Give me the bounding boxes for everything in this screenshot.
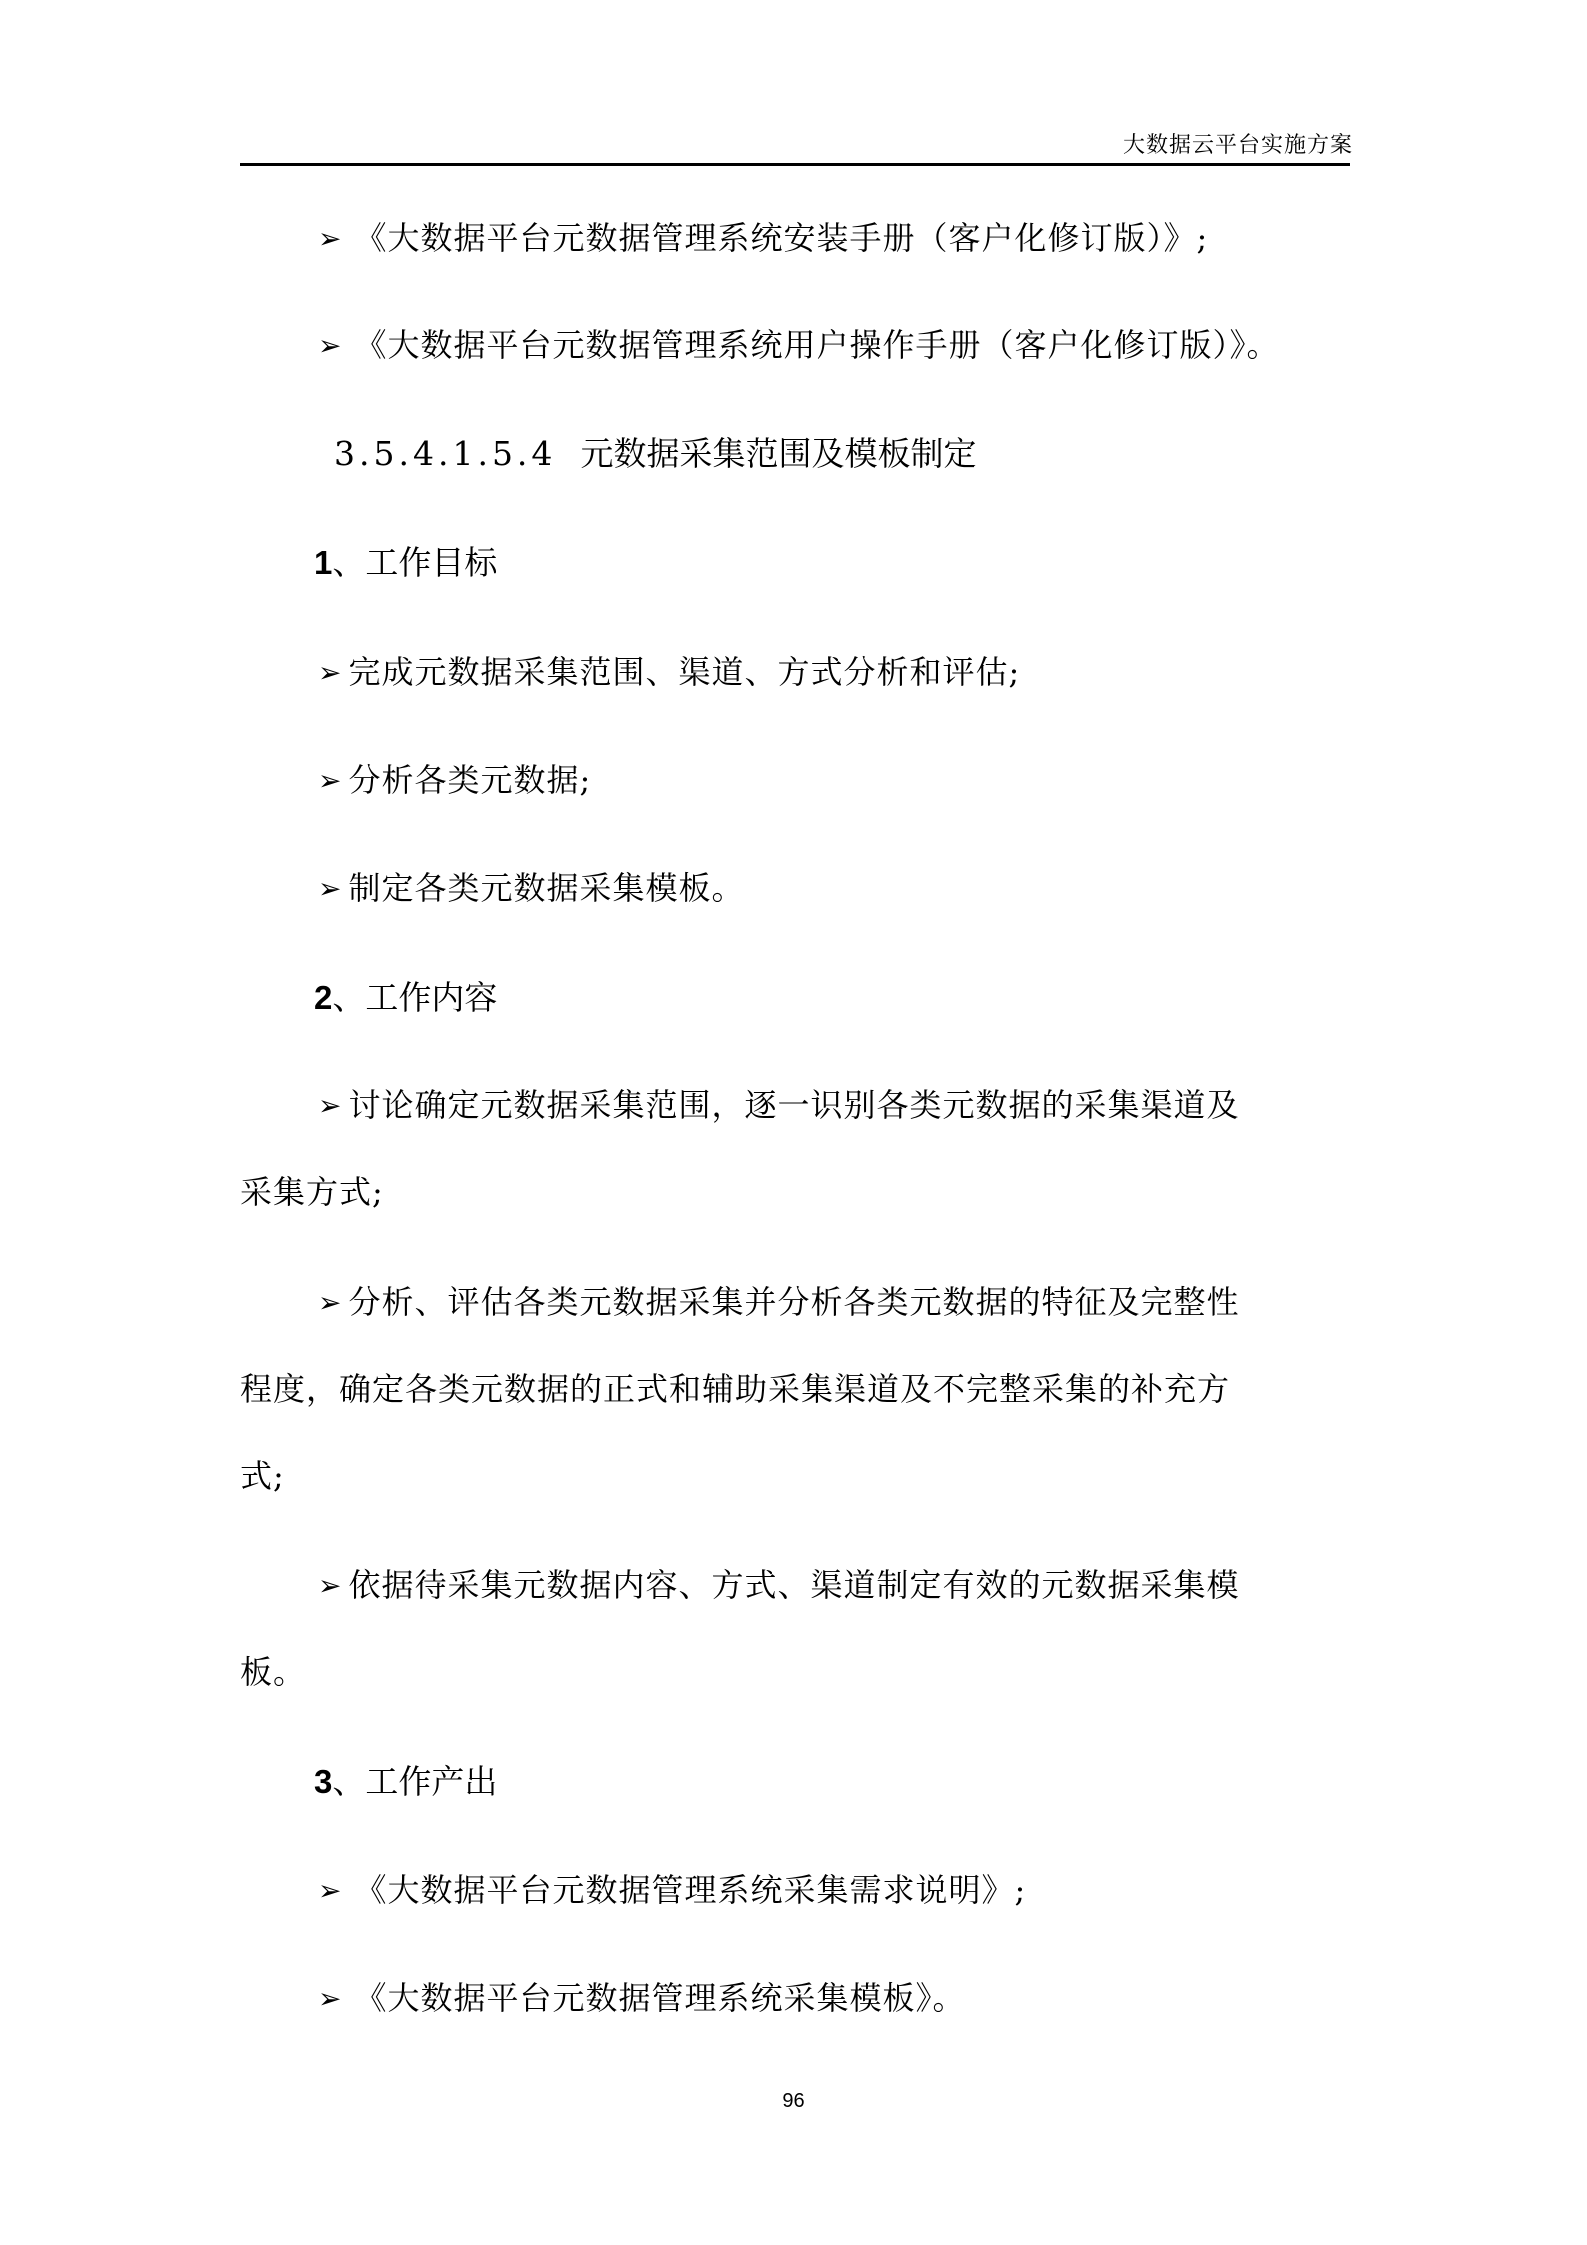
running-header-title: 大数据云平台实施方案 xyxy=(1123,128,1353,159)
subsection-number: 2 xyxy=(314,979,332,1016)
list-item: ➢制定各类元数据采集模板。 xyxy=(318,868,744,909)
arrow-bullet-icon: ➢ xyxy=(318,761,342,801)
paragraph-text: 讨论确定元数据采集范围，逐一识别各类元数据的采集渠道及 xyxy=(348,1086,1239,1124)
list-item-text: 《大数据平台元数据管理系统采集模板》。 xyxy=(354,1979,965,2017)
list-item-text: 完成元数据采集范围、渠道、方式分析和评估; xyxy=(348,653,1020,691)
separator: 、 xyxy=(332,978,365,1017)
subsection-title: 工作目标 xyxy=(365,543,497,582)
page-number: 96 xyxy=(0,2090,1587,2113)
list-item-text: 分析各类元数据; xyxy=(348,761,591,799)
arrow-bullet-icon: ➢ xyxy=(318,326,342,366)
paragraph-line: ➢讨论确定元数据采集范围，逐一识别各类元数据的采集渠道及 xyxy=(318,1085,1239,1126)
paragraph-line: 程度，确定各类元数据的正式和辅助采集渠道及不完整采集的补充方 xyxy=(240,1369,1230,1409)
paragraph-text: 采集方式; xyxy=(240,1173,384,1211)
paragraph-text: 依据待采集元数据内容、方式、渠道制定有效的元数据采集模 xyxy=(348,1566,1239,1604)
subsection-heading: 1、工作目标 xyxy=(314,543,497,583)
list-item: ➢分析各类元数据; xyxy=(318,760,591,801)
paragraph-line: ➢依据待采集元数据内容、方式、渠道制定有效的元数据采集模 xyxy=(318,1565,1239,1606)
subsection-heading: 3、工作产出 xyxy=(314,1762,497,1802)
paragraph-line: ➢分析、评估各类元数据采集并分析各类元数据的特征及完整性 xyxy=(318,1282,1239,1323)
paragraph-text: 分析、评估各类元数据采集并分析各类元数据的特征及完整性 xyxy=(348,1283,1239,1321)
list-item: ➢《大数据平台元数据管理系统采集需求说明》; xyxy=(318,1870,1026,1911)
arrow-bullet-icon: ➢ xyxy=(318,1283,342,1323)
arrow-bullet-icon: ➢ xyxy=(318,653,342,693)
subsection-title: 工作内容 xyxy=(365,978,497,1017)
arrow-bullet-icon: ➢ xyxy=(318,1979,342,2019)
section-number: 3.5.4.1.5.4 xyxy=(334,434,556,473)
arrow-bullet-icon: ➢ xyxy=(318,219,342,259)
section-heading: 3.5.4.1.5.4元数据采集范围及模板制定 xyxy=(334,434,976,474)
subsection-title: 工作产出 xyxy=(365,1762,497,1801)
list-item: ➢《大数据平台元数据管理系统安装手册（客户化修订版）》; xyxy=(318,218,1208,259)
paragraph-text: 板。 xyxy=(240,1653,306,1691)
list-item: ➢《大数据平台元数据管理系统采集模板》。 xyxy=(318,1978,965,2019)
arrow-bullet-icon: ➢ xyxy=(318,1086,342,1126)
paragraph-line: 采集方式; xyxy=(240,1172,384,1212)
arrow-bullet-icon: ➢ xyxy=(318,1871,342,1911)
paragraph-text: 式; xyxy=(240,1457,285,1495)
paragraph-text: 程度，确定各类元数据的正式和辅助采集渠道及不完整采集的补充方 xyxy=(240,1370,1230,1408)
list-item: ➢《大数据平台元数据管理系统用户操作手册（客户化修订版）》。 xyxy=(318,325,1279,366)
list-item: ➢完成元数据采集范围、渠道、方式分析和评估; xyxy=(318,652,1020,693)
separator: 、 xyxy=(332,1762,365,1801)
separator: 、 xyxy=(332,543,365,582)
subsection-number: 3 xyxy=(314,1763,332,1800)
subsection-heading: 2、工作内容 xyxy=(314,978,497,1018)
paragraph-line: 式; xyxy=(240,1456,285,1496)
header-divider xyxy=(240,163,1350,166)
section-title: 元数据采集范围及模板制定 xyxy=(580,434,976,473)
list-item-text: 《大数据平台元数据管理系统安装手册（客户化修订版）》; xyxy=(354,219,1208,257)
list-item-text: 《大数据平台元数据管理系统用户操作手册（客户化修订版）》。 xyxy=(354,326,1279,364)
subsection-number: 1 xyxy=(314,544,332,581)
arrow-bullet-icon: ➢ xyxy=(318,1566,342,1606)
list-item-text: 制定各类元数据采集模板。 xyxy=(348,869,744,907)
paragraph-line: 板。 xyxy=(240,1652,306,1692)
arrow-bullet-icon: ➢ xyxy=(318,869,342,909)
list-item-text: 《大数据平台元数据管理系统采集需求说明》; xyxy=(354,1871,1026,1909)
